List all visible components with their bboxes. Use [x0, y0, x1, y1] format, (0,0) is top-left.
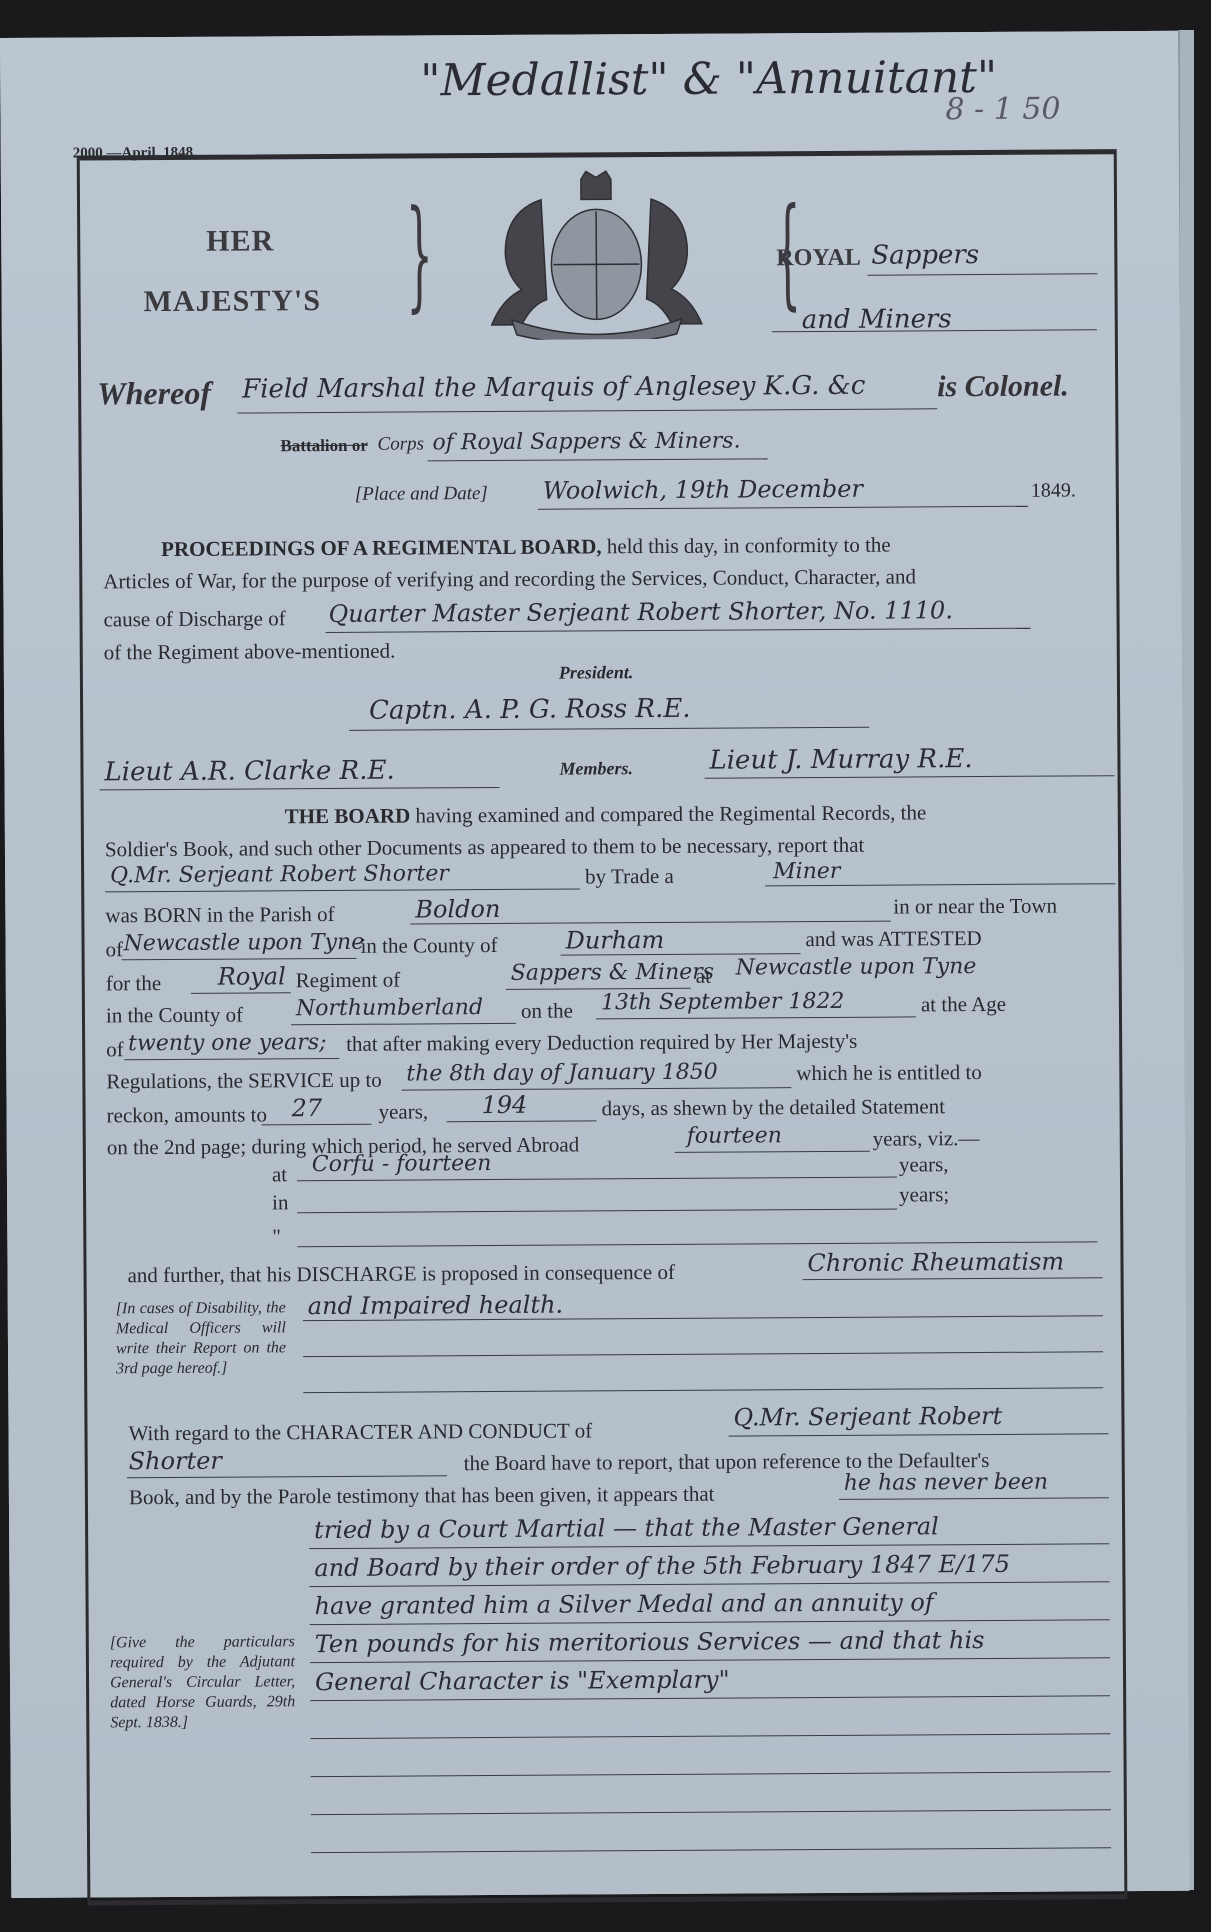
proceedings-line1: PROCEEDINGS OF A REGIMENTAL BOARD, held … — [161, 533, 891, 562]
disability-side-note: [In cases of Disability, the Medical Off… — [116, 1298, 286, 1379]
character-statement-line: he has never been — [844, 1470, 1048, 1496]
abroad-row-prefix: " — [272, 1224, 281, 1249]
corps-label: Corps — [377, 433, 424, 455]
corps-value: of Royal Sappers & Miners. — [432, 428, 740, 455]
attested-date: 13th September 1822 — [601, 989, 845, 1015]
president-label: President. — [559, 662, 634, 683]
town-value: Newcastle upon Tyne — [123, 930, 364, 956]
trade-value: Miner — [773, 859, 840, 884]
character-statement-line: General Character is "Exemplary" — [315, 1666, 730, 1697]
service-date: the 8th day of January 1850 — [406, 1060, 717, 1087]
character-name-line2: Shorter — [129, 1447, 222, 1476]
character-statement-line: Ten pounds for his meritorious Services … — [315, 1626, 985, 1658]
attested-county: Northumberland — [296, 995, 483, 1021]
left-brace: } — [406, 195, 433, 315]
parish-value: Boldon — [415, 895, 500, 924]
age-value: twenty one years; — [128, 1030, 326, 1056]
report-intro: THE BOARD having examined and compared t… — [285, 800, 927, 829]
proceedings-heading: PROCEEDINGS OF A REGIMENTAL BOARD, — [161, 534, 602, 561]
in-county-label: in the County of — [106, 1003, 243, 1029]
years-value: 27 — [291, 1094, 322, 1122]
proceedings-line2: Articles of War, for the purpose of veri… — [103, 564, 916, 594]
the-board-heading: THE BOARD — [285, 804, 411, 829]
president-name: Captn. A. P. G. Ross R.E. — [369, 694, 691, 726]
report-intro-rest: having examined and compared the Regimen… — [415, 800, 926, 827]
discharge-reason-line1: Chronic Rheumatism — [807, 1248, 1064, 1278]
born-label: was BORN in the Parish of — [105, 902, 334, 928]
attested-place: Newcastle upon Tyne — [736, 954, 977, 980]
whereof-label: Whereof — [97, 375, 211, 413]
medallist-annotation: "Medallist" & "Annuitant" — [420, 52, 997, 107]
colonel-name: Field Marshal the Marquis of Anglesey K.… — [242, 371, 865, 405]
proceedings-line1-rest: held this day, in conformity to the — [607, 533, 891, 559]
royal-label: ROYAL — [776, 245, 861, 273]
character-statement-line: and Board by their order of the 5th Febr… — [314, 1550, 1010, 1582]
member-1-name: Lieut A.R. Clarke R.E. — [104, 756, 394, 788]
abroad-years: fourteen — [687, 1123, 782, 1149]
regiment-of-label: Regiment of — [296, 968, 401, 994]
year-value: 1849. — [1031, 479, 1076, 502]
reckon-label: reckon, amounts to — [107, 1102, 268, 1128]
abroad-row-value: Corfu - fourteen — [312, 1151, 492, 1177]
character-statement-line: tried by a Court Martial — that the Mast… — [314, 1512, 939, 1544]
regiment-prefix: Royal — [218, 962, 286, 990]
of-age-label: of — [106, 1037, 124, 1062]
discharge-label: and further, that his DISCHARGE is propo… — [127, 1260, 675, 1288]
for-the-label: for the — [106, 971, 162, 996]
is-colonel-label: is Colonel. — [937, 369, 1069, 404]
days-label: days, as shewn by the detailed Statement — [601, 1094, 945, 1121]
discharged-soldier: Quarter Master Serjeant Robert Shorter, … — [328, 596, 953, 628]
discharge-of-label: cause of Discharge of — [103, 606, 285, 632]
character-statement-line: have granted him a Silver Medal and an a… — [314, 1588, 933, 1620]
abroad-row-suffix: years; — [899, 1182, 949, 1207]
abroad-row-suffix: years, — [899, 1152, 949, 1177]
discharge-reason-line2: and Impaired health. — [308, 1291, 564, 1321]
place-date-value: Woolwich, 19th December — [543, 475, 863, 505]
of-label: of — [105, 937, 123, 962]
days-value: 194 — [481, 1091, 527, 1119]
member-2-name: Lieut J. Murray R.E. — [709, 744, 972, 776]
abroad-row-prefix: at — [272, 1162, 287, 1187]
adjutant-side-note: [Give the particulars required by the Ad… — [110, 1632, 296, 1733]
her-heading: HER — [206, 224, 274, 258]
attested-label: and was ATTESTED — [805, 926, 981, 952]
regiment-line1: Sappers — [871, 240, 979, 271]
entitled-text: which he is entitled to — [796, 1060, 982, 1086]
county-value: Durham — [565, 926, 664, 955]
royal-coat-of-arms-icon — [451, 168, 742, 340]
service-label: Regulations, the SERVICE up to — [106, 1068, 382, 1095]
place-date-label: [Place and Date] — [355, 483, 488, 506]
town-label: in or near the Town — [893, 894, 1057, 920]
parole-text: Book, and by the Parole testimony that h… — [129, 1482, 715, 1511]
regiment-value: Sappers & Miners — [511, 960, 714, 986]
deduction-text: that after making every Deduction requir… — [346, 1029, 857, 1057]
county-label: in the County of — [360, 933, 497, 959]
majestys-heading: MAJESTY'S — [144, 284, 322, 319]
character-name-line1: Q.Mr. Serjeant Robert — [733, 1402, 1002, 1432]
on-the-label: on the — [521, 999, 573, 1024]
years-label: years, — [378, 1099, 428, 1124]
abroad-row-prefix: in — [272, 1190, 288, 1215]
character-label: With regard to the CHARACTER AND CONDUCT… — [128, 1418, 592, 1446]
battalion-struck-label: Battalion or — [280, 436, 367, 457]
report-line2: Soldier's Book, and such other Documents… — [105, 833, 865, 863]
age-label: at the Age — [921, 992, 1006, 1018]
document-page: "Medallist" & "Annuitant" 8 - 1 50 2000.… — [0, 31, 1189, 1898]
soldier-name: Q.Mr. Serjeant Robert Shorter — [110, 861, 449, 888]
proceedings-line4: of the Regiment above-mentioned. — [104, 639, 396, 666]
members-label: Members. — [559, 758, 633, 779]
reference-number: 8 - 1 50 — [945, 92, 1060, 128]
trade-label: by Trade a — [585, 864, 674, 890]
at-label: at — [696, 964, 711, 989]
viz-label: years, viz.— — [873, 1126, 980, 1152]
